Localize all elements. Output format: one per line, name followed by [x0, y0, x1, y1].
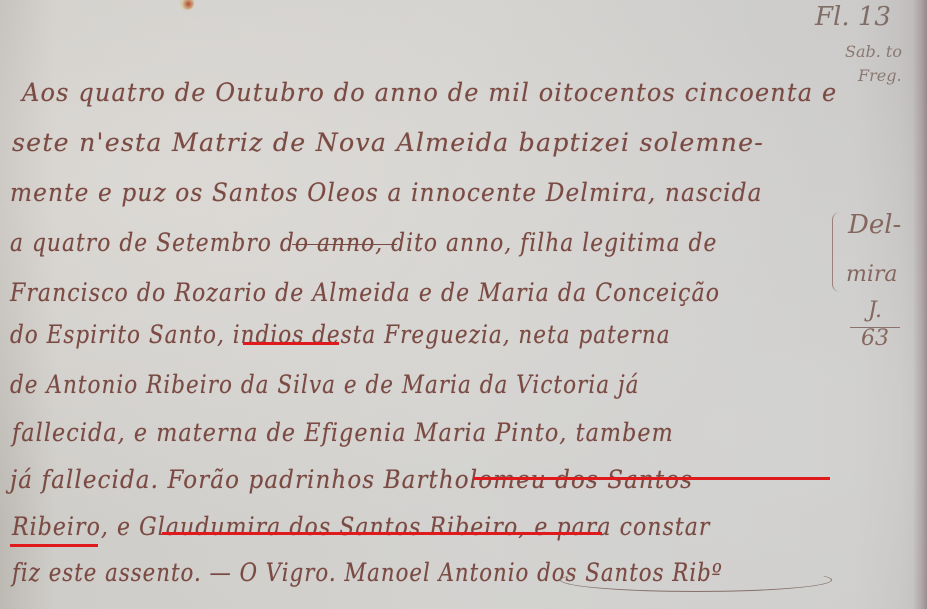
signature-flourish — [560, 568, 832, 592]
highlight-underline-godfather — [473, 477, 830, 480]
text-line-5: Francisco do Rozario de Almeida e de Mar… — [10, 278, 720, 307]
text-line-8: fallecida, e materna de Efigenia Maria P… — [12, 418, 674, 447]
text-line-10: Ribeiro, e Glaudumira dos Santos Ribeiro… — [12, 512, 710, 541]
margin-ref-bottom: 63 — [850, 326, 900, 351]
ink-underline — [292, 244, 397, 245]
highlight-underline-ribeiro — [10, 544, 98, 547]
text-line-6: do Espirito Santo, indios desta Freguezi… — [10, 320, 671, 349]
folio-note-line-2: Freg. — [858, 66, 902, 85]
folio-note-line-1: Sab. to — [845, 42, 902, 61]
highlight-underline-godmother — [162, 532, 602, 535]
margin-brace — [832, 212, 843, 292]
folio-number: Fl. 13 — [815, 2, 891, 32]
text-line-4: a quatro de Setembro do anno, dito anno,… — [10, 228, 717, 257]
ink-stain — [180, 0, 194, 10]
page-edge-shadow — [913, 0, 927, 609]
text-line-7: de Antonio Ribeiro da Silva e de Maria d… — [10, 370, 640, 399]
margin-ref-top: J. — [850, 298, 900, 323]
highlight-underline-indios — [243, 342, 339, 345]
margin-name-line-1: Del- — [848, 210, 901, 240]
manuscript-page: Fl. 13 Sab. to Freg. Aos quatro de Outub… — [0, 0, 927, 609]
text-line-1: Aos quatro de Outubro do anno de mil oit… — [22, 78, 837, 107]
text-line-2: sete n'esta Matriz de Nova Almeida bapti… — [12, 128, 764, 157]
margin-name-line-2: mira — [846, 262, 898, 287]
text-line-3: mente e puz os Santos Oleos a innocente … — [10, 178, 763, 207]
